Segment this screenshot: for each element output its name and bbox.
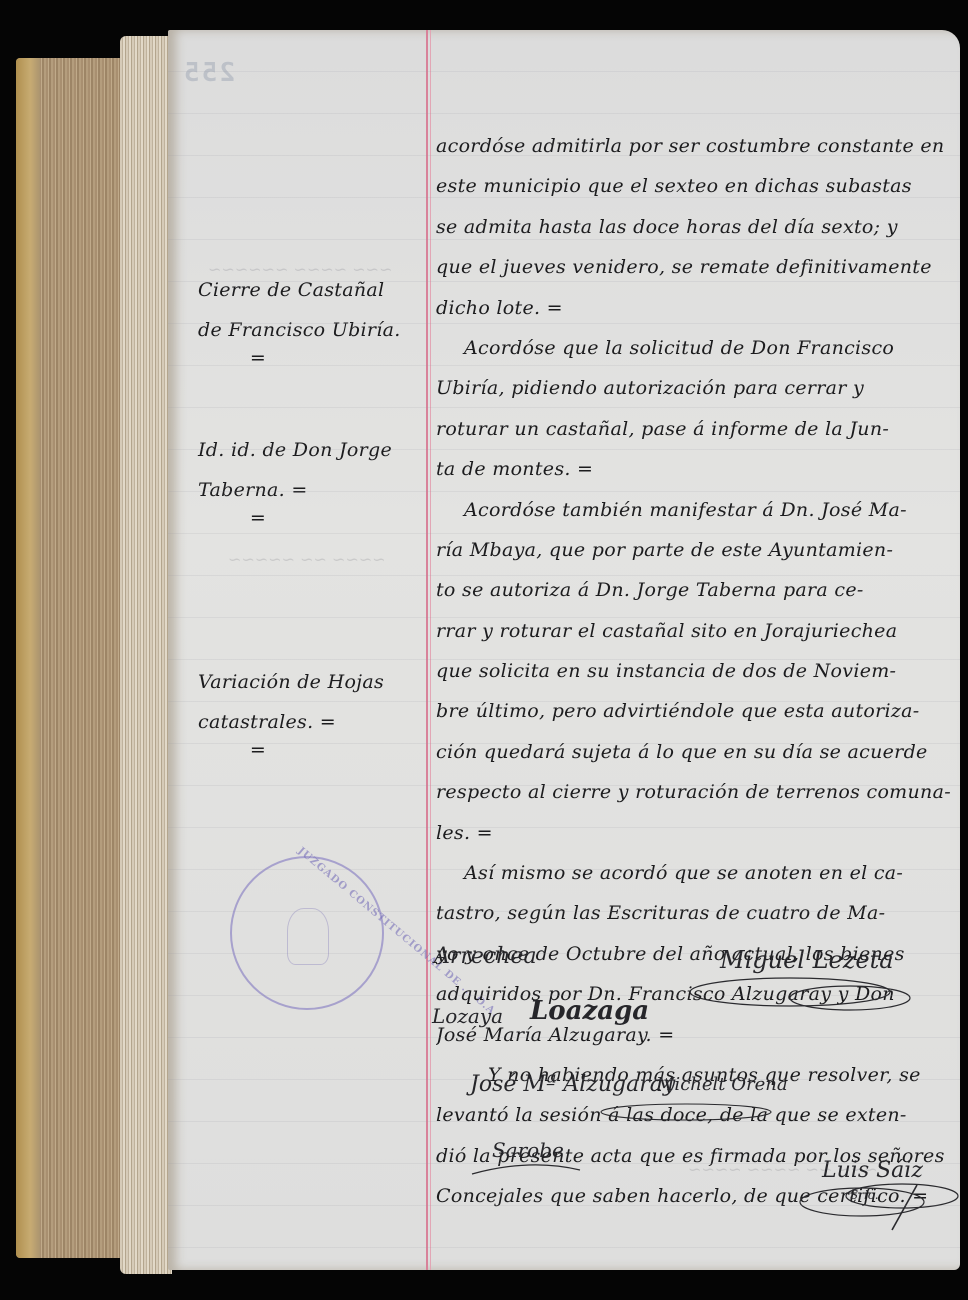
official-seal-stamp: JUZGADO CONSTITUCIONAL DE ... O.A. bbox=[230, 856, 384, 1010]
signature-text: Arrechea bbox=[434, 944, 537, 969]
text-line: Ubiría, pidiendo autorización para cerra… bbox=[436, 368, 956, 408]
text-line: que el jueves venidero, se remate defini… bbox=[436, 247, 956, 287]
signatures-block: Arrechea Miguel Lezeta Lozaya Loazaga Jo… bbox=[430, 948, 960, 1248]
signature-text: Lozaya bbox=[432, 1004, 503, 1028]
text-line: respecto al cierre y roturación de terre… bbox=[436, 772, 956, 812]
text-line: tastro, según las Escrituras de cuatro d… bbox=[436, 893, 956, 933]
text-line: dicho lote. = bbox=[436, 288, 956, 328]
page-block-fore-edge bbox=[16, 58, 126, 1258]
text-line: acordóse admitirla por ser costumbre con… bbox=[436, 126, 956, 166]
text-line: que solicita en su instancia de dos de N… bbox=[436, 651, 956, 691]
signature-text: Sarobe bbox=[492, 1138, 564, 1162]
secretary-abbreviation: Srio. bbox=[850, 1188, 879, 1202]
text-line: ción quedará sujeta á lo que en su día s… bbox=[436, 732, 956, 772]
margin-note-line: Variación de Hojas bbox=[198, 662, 423, 702]
signature-loazaga: Loazaga bbox=[530, 996, 649, 1026]
coat-of-arms-icon bbox=[287, 908, 329, 965]
signature-text: Michelt Orena bbox=[656, 1074, 788, 1095]
margin-note-line: Cierre de Castañal bbox=[198, 270, 423, 310]
signature-flourish-icon bbox=[470, 1162, 590, 1202]
signature-sarobe: Sarobe bbox=[492, 1138, 564, 1162]
text-line: este municipio que el sexteo en dichas s… bbox=[436, 166, 956, 206]
text-line: rrar y roturar el castañal sito en Joraj… bbox=[436, 611, 956, 651]
signature-miguel-lezeta: Miguel Lezeta bbox=[720, 946, 894, 974]
page-number-bleedthrough: 255 bbox=[182, 58, 235, 88]
margin-note-line: de Francisco Ubiría. bbox=[198, 310, 423, 350]
text-line: Así mismo se acordó que se anoten en el … bbox=[436, 853, 956, 893]
bleed-through-text: ~~~~ ~~ ~~~~~ bbox=[228, 550, 386, 569]
equals-mark: = bbox=[198, 742, 318, 758]
equals-mark: = bbox=[198, 510, 318, 526]
signature-arrechea: Arrechea bbox=[434, 944, 537, 969]
text-line: bre último, pero advirtiéndole que esta … bbox=[436, 691, 956, 731]
scanned-ledger-book: 255 ~~~ ~~~~ ~~~~~~ ~~~~ ~~ ~~~~~ ~~~ ~~… bbox=[0, 0, 968, 1300]
text-line: Acordóse también manifestar á Dn. José M… bbox=[436, 490, 956, 530]
text-line: les. = bbox=[436, 813, 956, 853]
text-line: roturar un castañal, pase á informe de l… bbox=[436, 409, 956, 449]
margin-note-line: Taberna. = bbox=[198, 470, 423, 510]
signature-lozaya: Lozaya bbox=[432, 1004, 503, 1028]
red-margin-rule bbox=[426, 30, 428, 1270]
margin-note-hojas-catastrales: Variación de Hojas catastrales. = = bbox=[198, 662, 423, 758]
signature-text: Miguel Lezeta bbox=[720, 946, 894, 974]
text-line: se admita hasta las doce horas del día s… bbox=[436, 207, 956, 247]
signature-luis-saiz: Luis Sáiz bbox=[822, 1158, 923, 1183]
signature-text: Srio. bbox=[850, 1188, 879, 1202]
margin-note-jorge-taberna: Id. id. de Don Jorge Taberna. = = bbox=[198, 430, 423, 526]
signature-jose-alzugaray: José Mª Alzugaray bbox=[470, 1072, 675, 1097]
equals-mark: = bbox=[198, 350, 318, 366]
manuscript-page: 255 ~~~ ~~~~ ~~~~~~ ~~~~ ~~ ~~~~~ ~~~ ~~… bbox=[168, 30, 960, 1270]
margin-note-line: catastrales. = bbox=[198, 702, 423, 742]
text-line: Acordóse que la solicitud de Don Francis… bbox=[436, 328, 956, 368]
text-line: to se autoriza á Dn. Jorge Taberna para … bbox=[436, 570, 956, 610]
text-line: ta de montes. = bbox=[436, 449, 956, 489]
signature-flourish-icon bbox=[596, 1098, 776, 1138]
signature-flourish-icon bbox=[680, 972, 920, 1032]
page-stack-edge bbox=[120, 36, 172, 1274]
signature-text: José Mª Alzugaray bbox=[470, 1072, 675, 1097]
signature-michelt-orena: Michelt Orena bbox=[656, 1074, 788, 1095]
text-line: ría Mbaya, que por parte de este Ayuntam… bbox=[436, 530, 956, 570]
margin-note-line: Id. id. de Don Jorge bbox=[198, 430, 423, 470]
margin-note-cierre-castanal: Cierre de Castañal de Francisco Ubiría. … bbox=[198, 270, 423, 366]
signature-text: Loazaga bbox=[530, 996, 649, 1026]
